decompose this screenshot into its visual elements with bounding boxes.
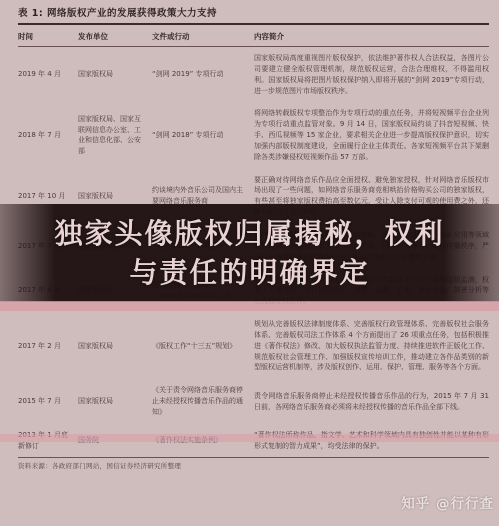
cell-time: 2015 年 7 月 bbox=[18, 396, 72, 407]
zhihu-watermark: 知乎 @行行查 bbox=[401, 492, 494, 512]
header-col-time: 时间 bbox=[18, 31, 72, 42]
pink-highlight-stripe-lower bbox=[0, 434, 499, 442]
cell-content: 国家版权局高度重视图片版权保护，依法维护著作权人合法权益，各图片公司要建立健全版… bbox=[254, 53, 489, 96]
cell-doc: “剑网 2018” 专项行动 bbox=[152, 130, 248, 141]
table-header-row: 时间 发布单位 文件或行动 内容简介 bbox=[18, 25, 489, 47]
cell-doc: “剑网 2019” 专项行动 bbox=[152, 69, 248, 80]
cell-unit: 国家版权局、国家互联网信息办公室、工业和信息化部、公安部 bbox=[78, 114, 146, 157]
cell-content: 将网络转载版权专项整治作为专项行动的重点任务，并将短视频平台企业列为专项行动重点… bbox=[254, 108, 489, 162]
cell-time: 2017 年 2 月 bbox=[18, 341, 72, 352]
cell-content: 责令网络音乐服务商停止未经授权传播音乐作品的行为，2015 年 7 月 31 日… bbox=[254, 391, 489, 413]
table-row: 2019 年 4 月国家版权局“剑网 2019” 专项行动国家版权局高度重视图片… bbox=[18, 47, 489, 102]
cell-unit: 国家版权局 bbox=[78, 69, 146, 80]
cell-time: 2018 年 7 月 bbox=[18, 130, 72, 141]
pink-highlight-stripe-upper bbox=[0, 301, 499, 311]
header-col-content: 内容简介 bbox=[254, 31, 489, 42]
banner-title-line2: 与责任的明确界定 bbox=[129, 253, 369, 292]
cell-doc: 《版权工作“十三五”规划》 bbox=[152, 341, 248, 352]
report-table-page: 表 1: 网络版权产业的发展获得政策大力支持 时间 发布单位 文件或行动 内容简… bbox=[0, 0, 499, 526]
cell-unit: 国家版权局 bbox=[78, 191, 146, 202]
cell-doc: 《关于责令网络音乐服务商停止未经授权传播音乐作品的通知》 bbox=[152, 385, 248, 418]
header-col-unit: 发布单位 bbox=[78, 31, 146, 42]
banner-title-line1: 独家头像版权归属揭秘，权利 bbox=[54, 214, 444, 253]
cell-unit: 国家版权局 bbox=[78, 341, 146, 352]
overlay-title-banner: 独家头像版权归属揭秘，权利 与责任的明确界定 bbox=[0, 204, 499, 302]
table-row: 2017 年 2 月国家版权局《版权工作“十三五”规划》规划从完善版权法律制度体… bbox=[18, 313, 489, 379]
cell-unit: 国家版权局 bbox=[78, 396, 146, 407]
cell-time: 2017 年 10 月 bbox=[18, 191, 72, 202]
header-col-doc: 文件或行动 bbox=[152, 31, 248, 42]
table-row: 2015 年 7 月国家版权局《关于责令网络音乐服务商停止未经授权传播音乐作品的… bbox=[18, 379, 489, 424]
cell-time: 2019 年 4 月 bbox=[18, 69, 72, 80]
table-row: 2018 年 7 月国家版权局、国家互联网信息办公室、工业和信息化部、公安部“剑… bbox=[18, 102, 489, 168]
source-note: 资料来源：各政府部门网站，国信证券经济研究所整理 bbox=[18, 458, 489, 470]
table-title: 表 1: 网络版权产业的发展获得政策大力支持 bbox=[18, 3, 489, 19]
cell-content: 规划从完善版权法律制度体系、完善版权行政管理体系、完善版权社会服务体系、完善版权… bbox=[254, 319, 489, 373]
